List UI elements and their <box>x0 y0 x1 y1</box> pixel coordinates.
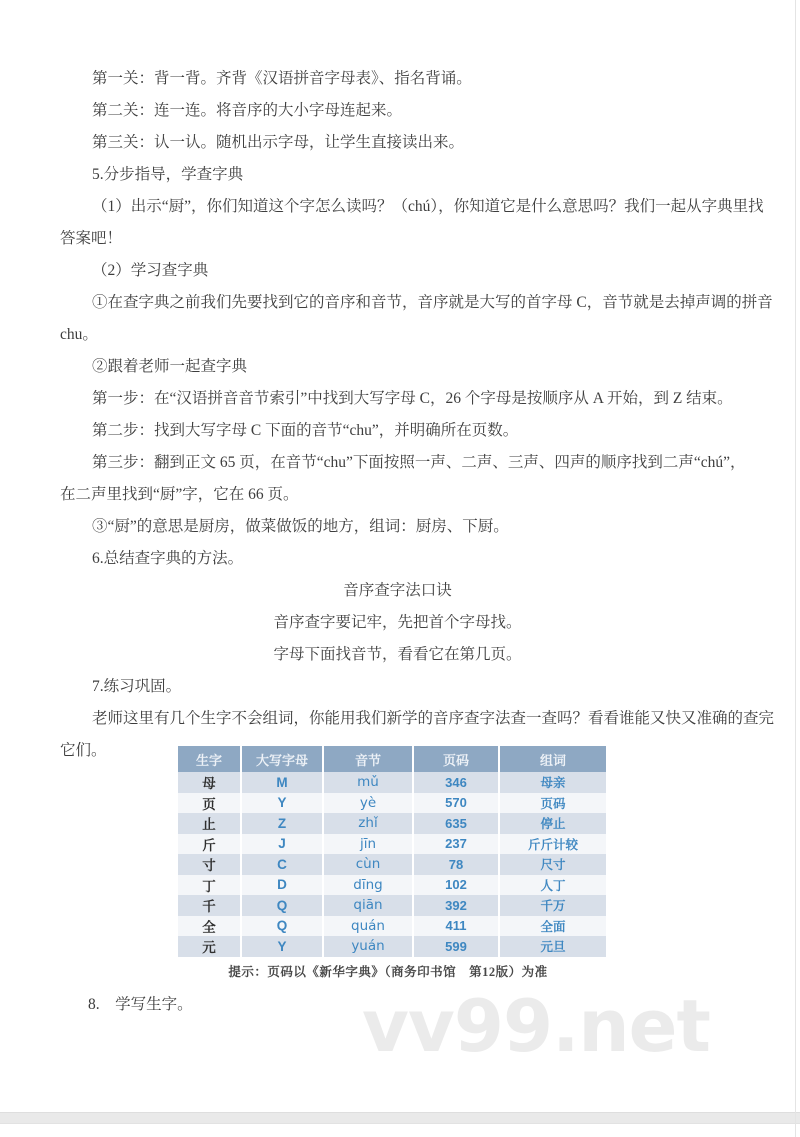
table-cell-pinyin: qiān <box>323 895 413 916</box>
text-line: 答案吧！ <box>0 223 795 255</box>
text-line: （2）学习查字典 <box>0 255 795 287</box>
table-cell-hanzi: 寸 <box>178 854 241 875</box>
table-cell-hanzi: 全 <box>178 916 241 937</box>
table-header-row: 生字大写字母音节页码组词 <box>178 746 606 772</box>
table-row: 丁Ddīng102人丁 <box>178 875 606 896</box>
text-line: 第三关：认一认。随机出示字母，让学生直接读出来。 <box>0 127 795 159</box>
table-cell-pinyin: cùn <box>323 854 413 875</box>
table-cell-word: 元旦 <box>499 936 606 957</box>
table-cell-cap: Z <box>241 813 323 834</box>
table-row: 页Yyè570页码 <box>178 793 606 814</box>
table-cell-cap: Q <box>241 916 323 937</box>
text-line: ③“厨”的意思是厨房，做菜做饭的地方，组词：厨房、下厨。 <box>0 511 795 543</box>
table-cell-pinyin: quán <box>323 916 413 937</box>
table-header-cell: 音节 <box>323 746 413 772</box>
table-cell-hanzi: 页 <box>178 793 241 814</box>
vocab-table: 生字大写字母音节页码组词 母Mmǔ346母亲页Yyè570页码止Zzhǐ635停… <box>178 746 606 957</box>
table-cell-cap: Y <box>241 793 323 814</box>
table-cell-num: 570 <box>413 793 499 814</box>
text-line: 第二关：连一连。将音序的大小字母连起来。 <box>0 95 795 127</box>
table-cell-hanzi: 母 <box>178 772 241 793</box>
table-cell-cap: C <box>241 854 323 875</box>
table-cell-word: 母亲 <box>499 772 606 793</box>
table-cell-hanzi: 千 <box>178 895 241 916</box>
text-line: 第一步：在“汉语拼音音节索引”中找到大写字母 C，26 个字母是按顺序从 A 开… <box>0 383 795 415</box>
table-cell-word: 尺寸 <box>499 854 606 875</box>
body-text-block: 第一关：背一背。齐背《汉语拼音字母表》、指名背诵。第二关：连一连。将音序的大小字… <box>0 63 795 767</box>
text-line: 字母下面找音节，看看它在第几页。 <box>0 639 795 671</box>
table-cell-cap: Y <box>241 936 323 957</box>
practice-table-block: 生字大写字母音节页码组词 母Mmǔ346母亲页Yyè570页码止Zzhǐ635停… <box>178 746 598 980</box>
text-line: 老师这里有几个生字不会组词，你能用我们新学的音序查字法查一查吗？看看谁能又快又准… <box>0 703 795 735</box>
table-cell-pinyin: yè <box>323 793 413 814</box>
table-cell-word: 人丁 <box>499 875 606 896</box>
table-cell-cap: D <box>241 875 323 896</box>
table-cell-hanzi: 止 <box>178 813 241 834</box>
table-cell-word: 斤斤计较 <box>499 834 606 855</box>
table-header-cell: 页码 <box>413 746 499 772</box>
table-header-cell: 大写字母 <box>241 746 323 772</box>
text-line: （1）出示“厨”，你们知道这个字怎么读吗？（chú），你知道它是什么意思吗？我们… <box>0 191 795 223</box>
table-cell-num: 411 <box>413 916 499 937</box>
text-line: ②跟着老师一起查字典 <box>0 351 795 383</box>
text-line: chu。 <box>0 319 795 351</box>
table-row: 全Qquán411全面 <box>178 916 606 937</box>
table-cell-pinyin: mǔ <box>323 772 413 793</box>
table-row: 千Qqiān392千万 <box>178 895 606 916</box>
table-header-cell: 组词 <box>499 746 606 772</box>
text-line: 在二声里找到“厨”字，它在 66 页。 <box>0 479 795 511</box>
table-row: 寸Ccùn78尺寸 <box>178 854 606 875</box>
table-cell-pinyin: dīng <box>323 875 413 896</box>
table-cell-cap: Q <box>241 895 323 916</box>
table-cell-word: 停止 <box>499 813 606 834</box>
table-cell-hanzi: 斤 <box>178 834 241 855</box>
table-row: 元Yyuán599元旦 <box>178 936 606 957</box>
text-line: 6.总结查字典的方法。 <box>0 543 795 575</box>
table-note: 提示：页码以《新华字典》（商务印书馆 第12版）为准 <box>178 962 598 980</box>
table-row: 止Zzhǐ635停止 <box>178 813 606 834</box>
text-line: 音序查字法口诀 <box>0 575 795 607</box>
text-line: ①在查字典之前我们先要找到它的音序和音节，音序就是大写的首字母 C，音节就是去掉… <box>0 287 795 319</box>
section-8-heading: 8. 学写生字。 <box>88 989 193 1021</box>
text-line: 7.练习巩固。 <box>0 671 795 703</box>
table-cell-num: 635 <box>413 813 499 834</box>
table-row: 母Mmǔ346母亲 <box>178 772 606 793</box>
text-line: 5.分步指导，学查字典 <box>0 159 795 191</box>
table-cell-pinyin: yuán <box>323 936 413 957</box>
table-cell-word: 页码 <box>499 793 606 814</box>
table-cell-num: 346 <box>413 772 499 793</box>
table-row: 斤Jjīn237斤斤计较 <box>178 834 606 855</box>
table-cell-num: 392 <box>413 895 499 916</box>
table-header-cell: 生字 <box>178 746 241 772</box>
table-cell-word: 千万 <box>499 895 606 916</box>
text-line: 第一关：背一背。齐背《汉语拼音字母表》、指名背诵。 <box>0 63 795 95</box>
table-cell-cap: J <box>241 834 323 855</box>
text-line: 第三步：翻到正文 65 页，在音节“chu”下面按照一声、二声、三声、四声的顺序… <box>0 447 795 479</box>
table-cell-word: 全面 <box>499 916 606 937</box>
page-break-band <box>0 1112 800 1124</box>
table-cell-num: 237 <box>413 834 499 855</box>
table-cell-hanzi: 丁 <box>178 875 241 896</box>
table-cell-hanzi: 元 <box>178 936 241 957</box>
page-right-edge-line <box>795 0 796 1137</box>
table-cell-cap: M <box>241 772 323 793</box>
text-line: 第二步：找到大写字母 C 下面的音节“chu”，并明确所在页数。 <box>0 415 795 447</box>
table-cell-num: 102 <box>413 875 499 896</box>
table-cell-pinyin: zhǐ <box>323 813 413 834</box>
table-cell-num: 78 <box>413 854 499 875</box>
document-page: 第一关：背一背。齐背《汉语拼音字母表》、指名背诵。第二关：连一连。将音序的大小字… <box>0 0 800 1137</box>
table-cell-num: 599 <box>413 936 499 957</box>
table-cell-pinyin: jīn <box>323 834 413 855</box>
watermark-text: vv99.net <box>362 984 710 1068</box>
text-line: 音序查字要记牢，先把首个字母找。 <box>0 607 795 639</box>
